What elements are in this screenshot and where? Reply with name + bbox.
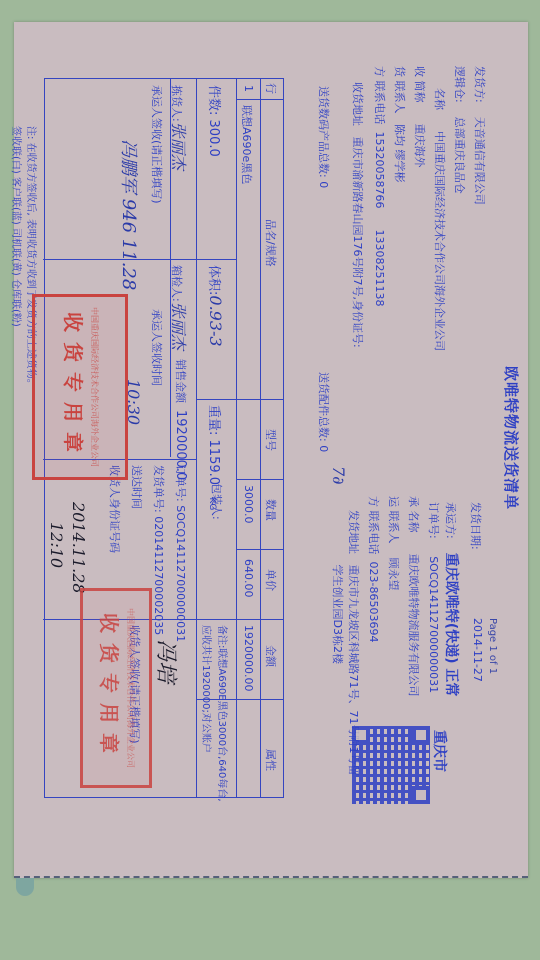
carrier-order-value: SOCQ141127000000031 — [427, 556, 440, 693]
receipt-stamp-2: 中国重庆国际经济技术合作公司海外企业公司 收货专用章 — [80, 588, 152, 788]
receiver-short-value: 重庆海外 — [413, 123, 426, 167]
receiver-name-value: 中国重庆国际经济技术合作公司海外企业公司 — [433, 131, 446, 351]
carrier-phone-value: 023-86503694 — [367, 562, 380, 643]
carrier-value: 重庆欧唯特(快递) 正常 — [443, 553, 459, 697]
receiver-contact-value: 陈均 缪学彬 — [393, 124, 406, 183]
receipt-stamp: 中国重庆国际经济技术合作公司海外企业公司 收货专用章 — [32, 294, 128, 480]
inspector-handwritten: 张丽杰 — [169, 302, 188, 350]
sales-amount-label: 销售金额 — [174, 359, 187, 403]
carrier-name-label: 名称 — [407, 511, 420, 533]
receiver-phone-2: 13308251138 — [373, 229, 386, 306]
packer-label: 包装人: — [210, 483, 223, 520]
receiver-short-label: 简称 — [413, 81, 426, 103]
col-header-amount: 金额 — [263, 645, 279, 667]
parts-total-label: 送货配件总数: — [317, 372, 330, 442]
parts-total-value: 0 — [317, 445, 330, 452]
warehouse-label: 逻辑仓: — [453, 66, 466, 103]
receiver-name-label: 名称 — [433, 88, 446, 110]
shipper-label: 发货方: — [473, 66, 486, 103]
ship-no-label: 发货单号: — [152, 465, 165, 513]
handwritten-time: 12:10 — [47, 522, 66, 568]
carrier-phone-label: 联系电话 — [367, 511, 380, 555]
ship-date-value: 2014-11-27 — [471, 618, 484, 682]
order-no-label: 订单号: — [174, 465, 187, 502]
ship-date-label: 发货日期: — [468, 502, 484, 550]
carrier-sign-label: 承运人签收(请正楷填写) — [149, 85, 165, 204]
col-header-qty: 数量 — [263, 499, 279, 521]
carrier-order-label: 订单号: — [427, 502, 440, 539]
pieces-label: 件数: — [206, 85, 221, 115]
receiver-phone-label: 联系电话 — [373, 81, 386, 125]
city-label: 重庆市 — [430, 730, 450, 772]
carrier-name-value: 重庆欧唯特物流服务有限公司 — [407, 553, 420, 696]
col-header-line: 行 — [263, 83, 279, 94]
remarks-value: 联想A690E黑色3000台,640每台, — [216, 648, 227, 801]
warehouse-value: 总部重庆良品仓 — [453, 117, 466, 194]
col-header-attr: 属性 — [263, 749, 279, 771]
col-header-name: 品名/规格 — [263, 219, 279, 267]
paper-tear — [16, 878, 34, 896]
weight-label: 重量: — [206, 405, 221, 435]
inspector-label: 箱检人: — [170, 265, 183, 302]
page-indicator: Page 1 of 1 — [487, 618, 498, 674]
shipper-value: 天音通信有限公司 — [473, 117, 486, 205]
document-title: 欧唯特物流送货清单 — [501, 366, 522, 510]
weight-value: 1159.0 — [206, 440, 221, 486]
digital-total-value: 0 — [317, 181, 330, 188]
handwritten-mark: 7∂ — [329, 466, 348, 484]
carrier-signature: 冯鹏军 946 11.28 — [117, 139, 143, 290]
remarks-label: 备注: — [216, 625, 227, 648]
remarks-value-2: 应收共计1920000;对公账户 — [200, 625, 215, 753]
receiver-signature: 冯培 — [152, 639, 183, 683]
volume-label: 体积: — [206, 265, 221, 295]
delivery-note: 欧唯特物流送货清单 Page 1 of 1 发货日期: 2014-11-27 发… — [28, 36, 528, 876]
carrier-time-label: 承运人签收时间 — [149, 309, 165, 386]
carrier-address-label: 发货地址 — [347, 510, 360, 554]
col-header-model: 型号 — [263, 429, 279, 451]
order-no-value: SOCQ141127000000031 — [174, 505, 187, 642]
receiver-address-label: 收货地址 — [351, 82, 364, 126]
digital-total-label: 送货数码产品总数: — [317, 86, 330, 178]
picker-handwritten: 张丽杰 — [169, 122, 188, 170]
delivery-time-label: 送达时间 — [129, 465, 145, 509]
receiver-address-value: 重庆市渝新路春山园176号附7号,身份证号: — [351, 137, 364, 348]
col-header-price: 单价 — [263, 569, 279, 591]
carrier-contact-label: 联系人 — [387, 511, 400, 544]
handwritten-date: 2014.11.28 — [69, 502, 88, 594]
picker-label: 拣货人: — [170, 85, 183, 122]
volume-handwritten: 0.93-3 — [206, 295, 225, 346]
carrier-contact-value: 顾永望 — [387, 558, 400, 591]
pieces-value: 300.0 — [206, 120, 221, 157]
carrier-label: 承运方: — [444, 502, 457, 539]
receiver-contact-label: 联系人 — [393, 81, 406, 114]
ship-no-value: 02014112700002035 — [152, 516, 165, 635]
qr-code — [352, 726, 430, 804]
receiver-phone-1: 15320058766 — [373, 132, 386, 209]
